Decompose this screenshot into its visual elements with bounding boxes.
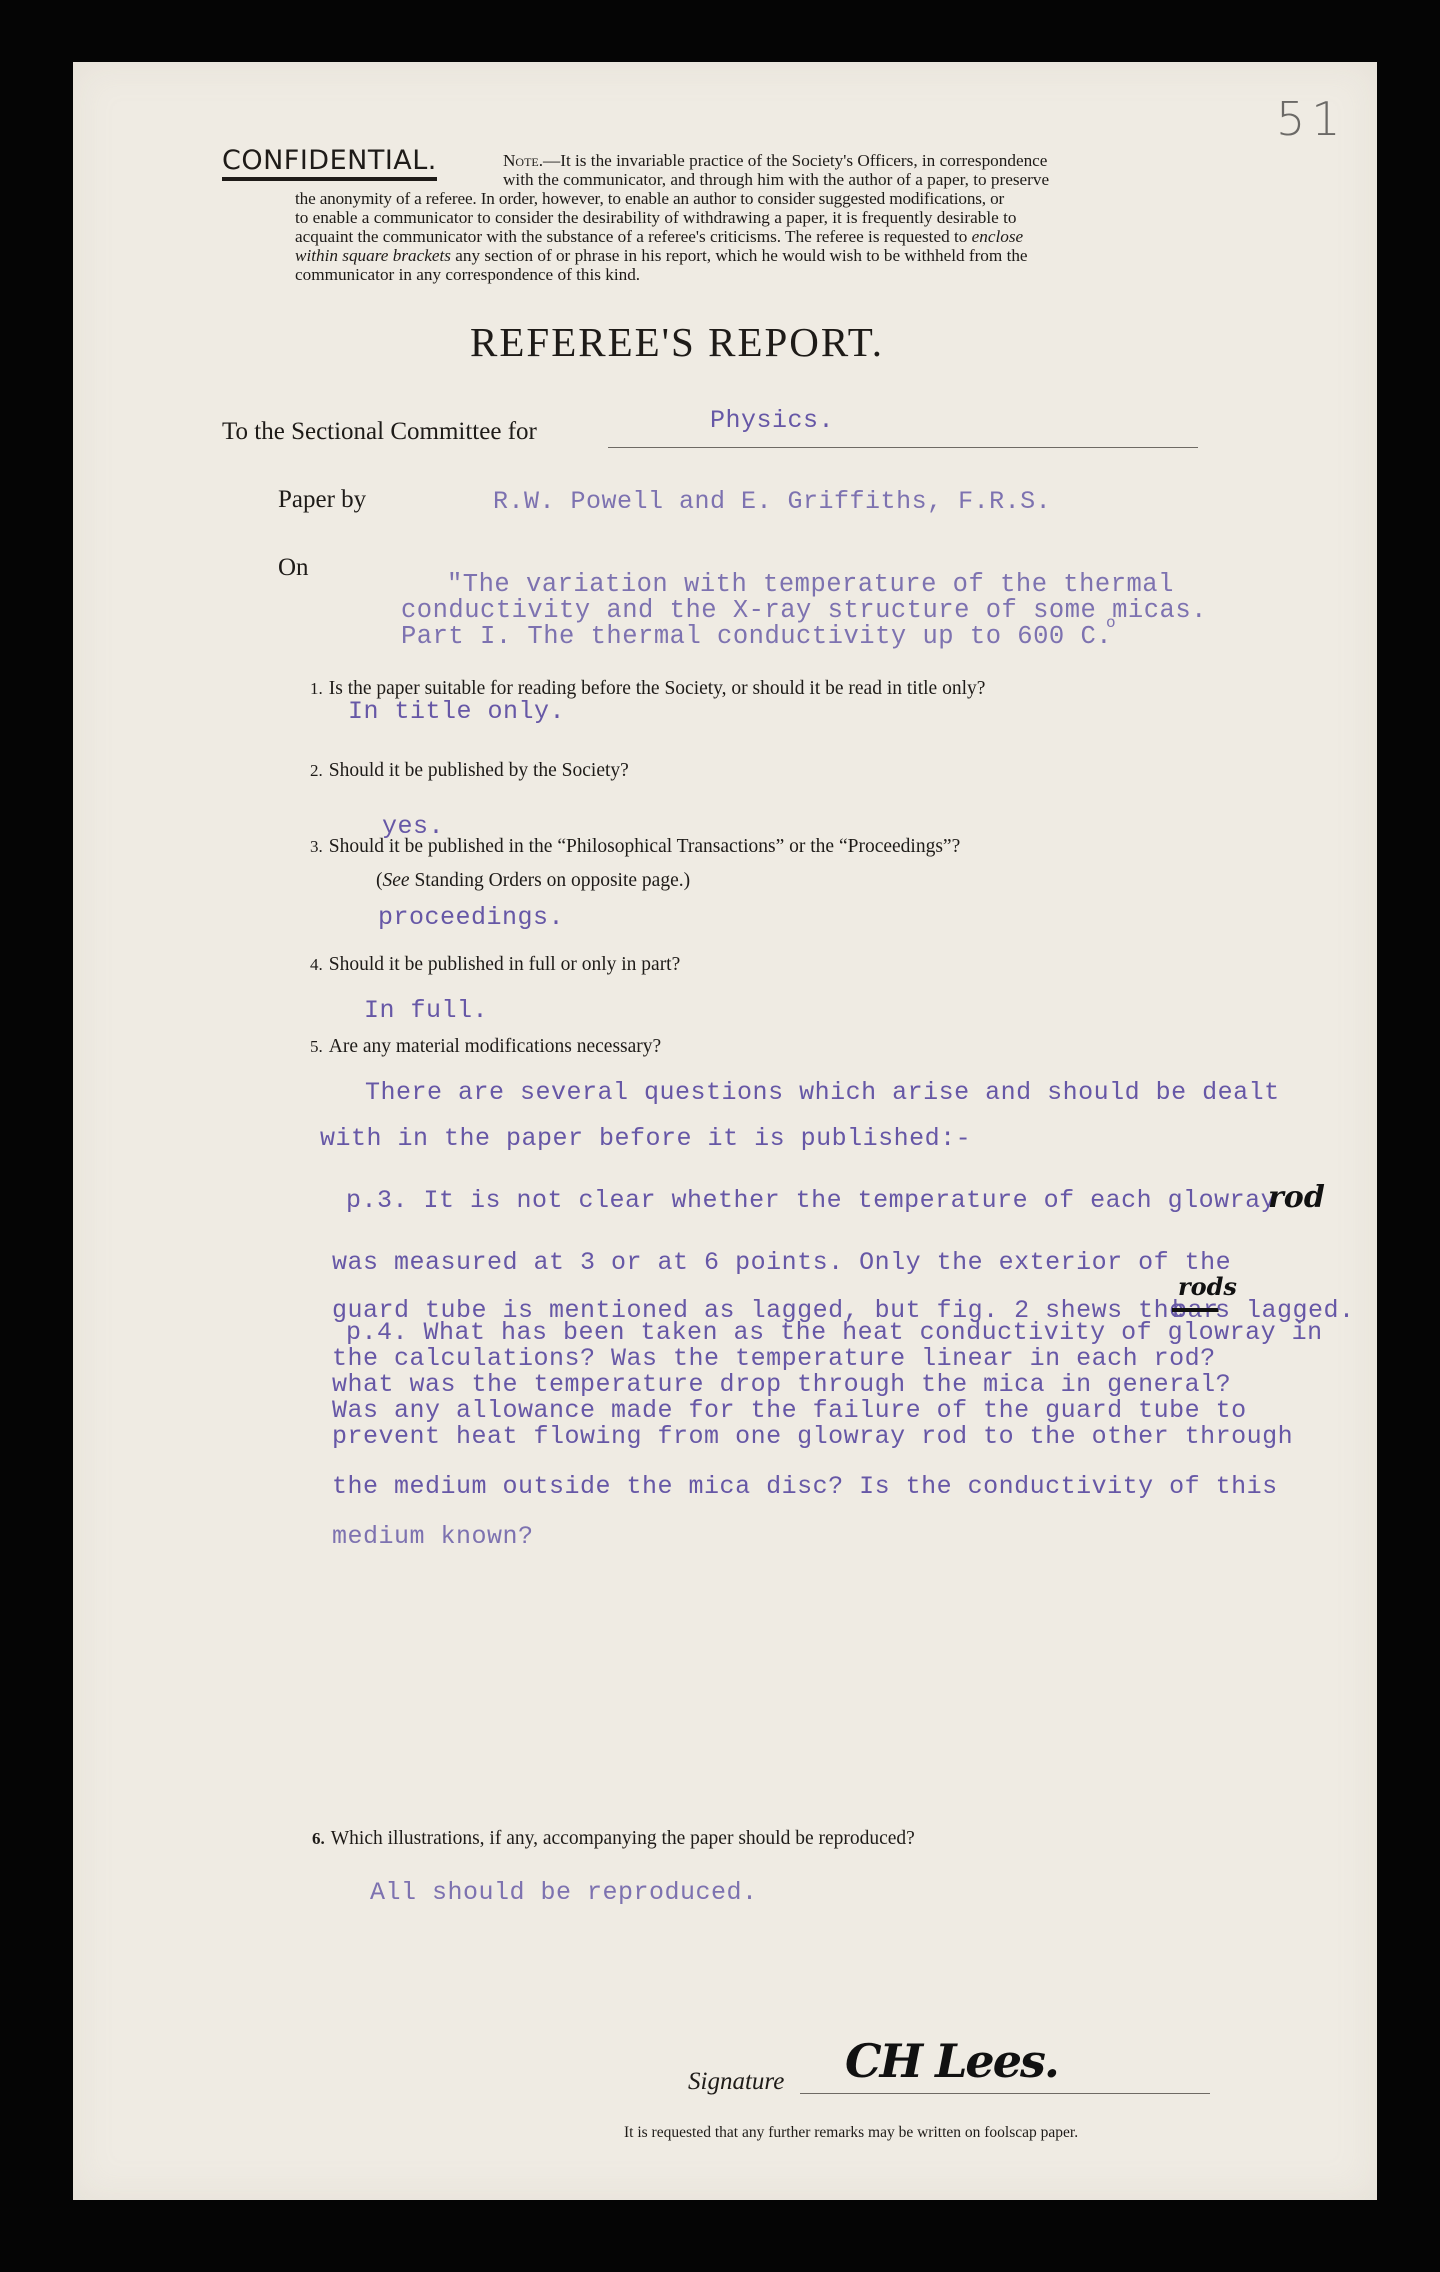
paper-by-value: R.W. Powell and E. Griffiths, F.R.S.	[493, 487, 1051, 516]
on-label: On	[278, 554, 309, 582]
committee-label: To the Sectional Committee for	[222, 418, 537, 446]
paper-title-line-1: "The variation with temperature of the t…	[447, 570, 1174, 599]
handwritten-rod: rod	[1268, 1180, 1325, 1215]
paper-by-label: Paper by	[278, 486, 366, 514]
question-6: 6.Which illustrations, if any, accompany…	[312, 1828, 915, 1850]
committee-value: Physics.	[710, 406, 834, 435]
answer-6: All should be reproduced.	[370, 1878, 758, 1907]
committee-field[interactable]	[608, 447, 1198, 448]
footer-note: It is requested that any further remarks…	[624, 2124, 1078, 2142]
answer-1: In title only.	[348, 697, 565, 726]
signature-label: Signature	[688, 2068, 784, 2096]
question-3: 3.Should it be published in the “Philoso…	[310, 836, 960, 858]
confidential-label: CONFIDENTIAL.	[222, 146, 437, 181]
question-5: 5.Are any material modifications necessa…	[310, 1036, 661, 1058]
signature-handwriting: CH Lees.	[845, 2034, 1058, 2088]
page-number: 51	[1276, 92, 1347, 146]
paper-title-line-3: Part I. The thermal conductivity up to 6…	[401, 622, 1112, 651]
paper-title-line-2: conductivity and the X-ray structure of …	[401, 596, 1207, 625]
question-4: 4.Should it be published in full or only…	[310, 954, 680, 976]
question-2: 2.Should it be published by the Society?	[310, 760, 629, 782]
answer-4: In full.	[364, 996, 488, 1025]
note-lead: Note.	[503, 151, 543, 170]
page-title: REFEREE'S REPORT.	[470, 318, 884, 366]
answer-3: proceedings.	[378, 903, 564, 932]
signature-field[interactable]	[800, 2093, 1210, 2094]
question-3-subnote: (See Standing Orders on opposite page.)	[376, 870, 690, 892]
